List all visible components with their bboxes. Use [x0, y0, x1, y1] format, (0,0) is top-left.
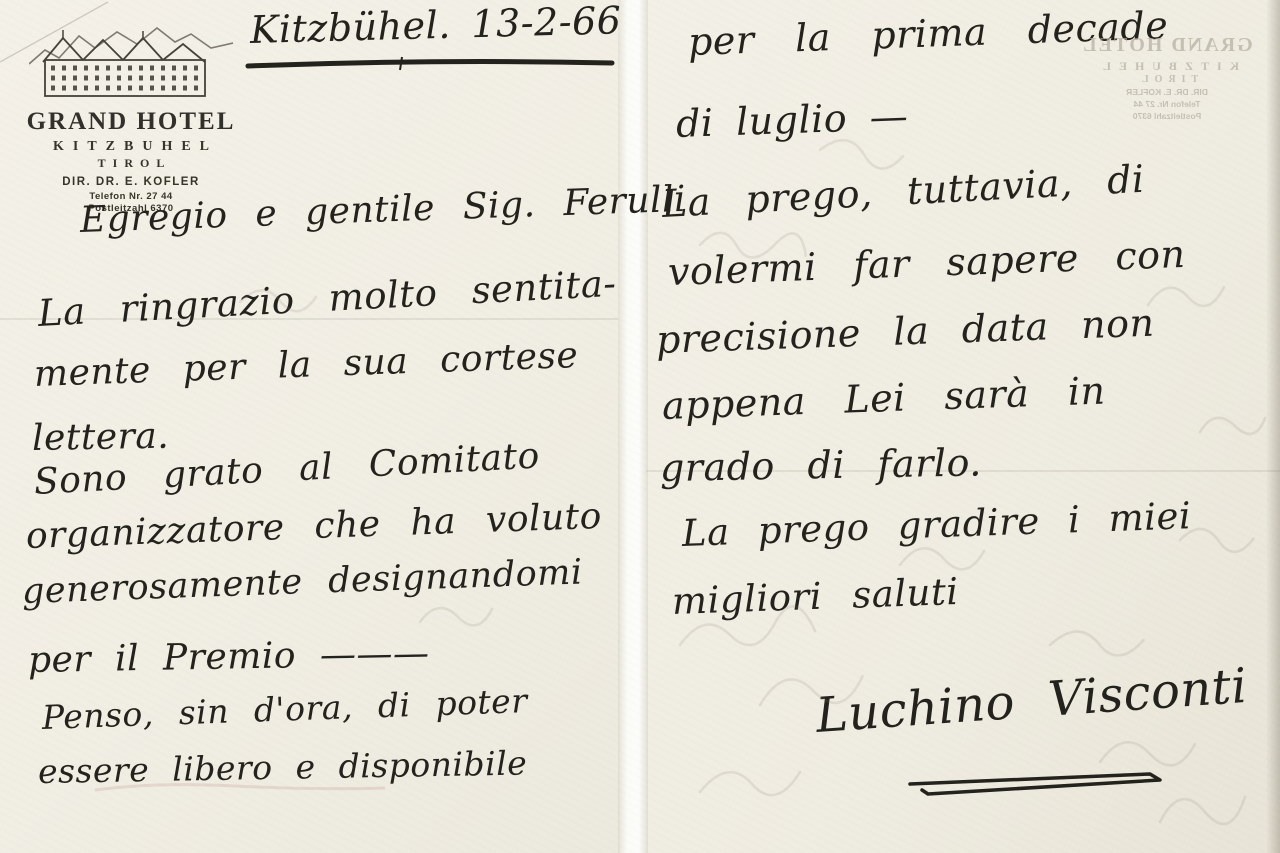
date-underline	[244, 56, 624, 72]
letterhead-region: TIROL	[33, 156, 236, 171]
handwritten-line: per il Premio ———	[28, 633, 430, 681]
letterhead-hotel-name: GRAND HOTEL	[26, 108, 236, 136]
handwritten-line: lettera.	[32, 416, 170, 459]
handwritten-line: grado di farlo.	[660, 440, 983, 490]
handwritten-line: di luglio —	[675, 94, 909, 146]
scan-edge-shadow	[1266, 0, 1280, 853]
scanned-letter: GRAND HOTEL KITZBUHEL TIROL DIR. DR. E. …	[0, 0, 1280, 853]
letterhead-city: KITZBUHEL	[35, 139, 236, 155]
letterhead: GRAND HOTEL KITZBUHEL TIROL DIR. DR. E. …	[26, 16, 236, 214]
signature-flourish	[898, 772, 1178, 806]
page-gutter	[618, 0, 648, 853]
hotel-logo-illustration	[29, 16, 233, 108]
letterhead-director: DIR. DR. E. KOFLER	[26, 176, 236, 188]
